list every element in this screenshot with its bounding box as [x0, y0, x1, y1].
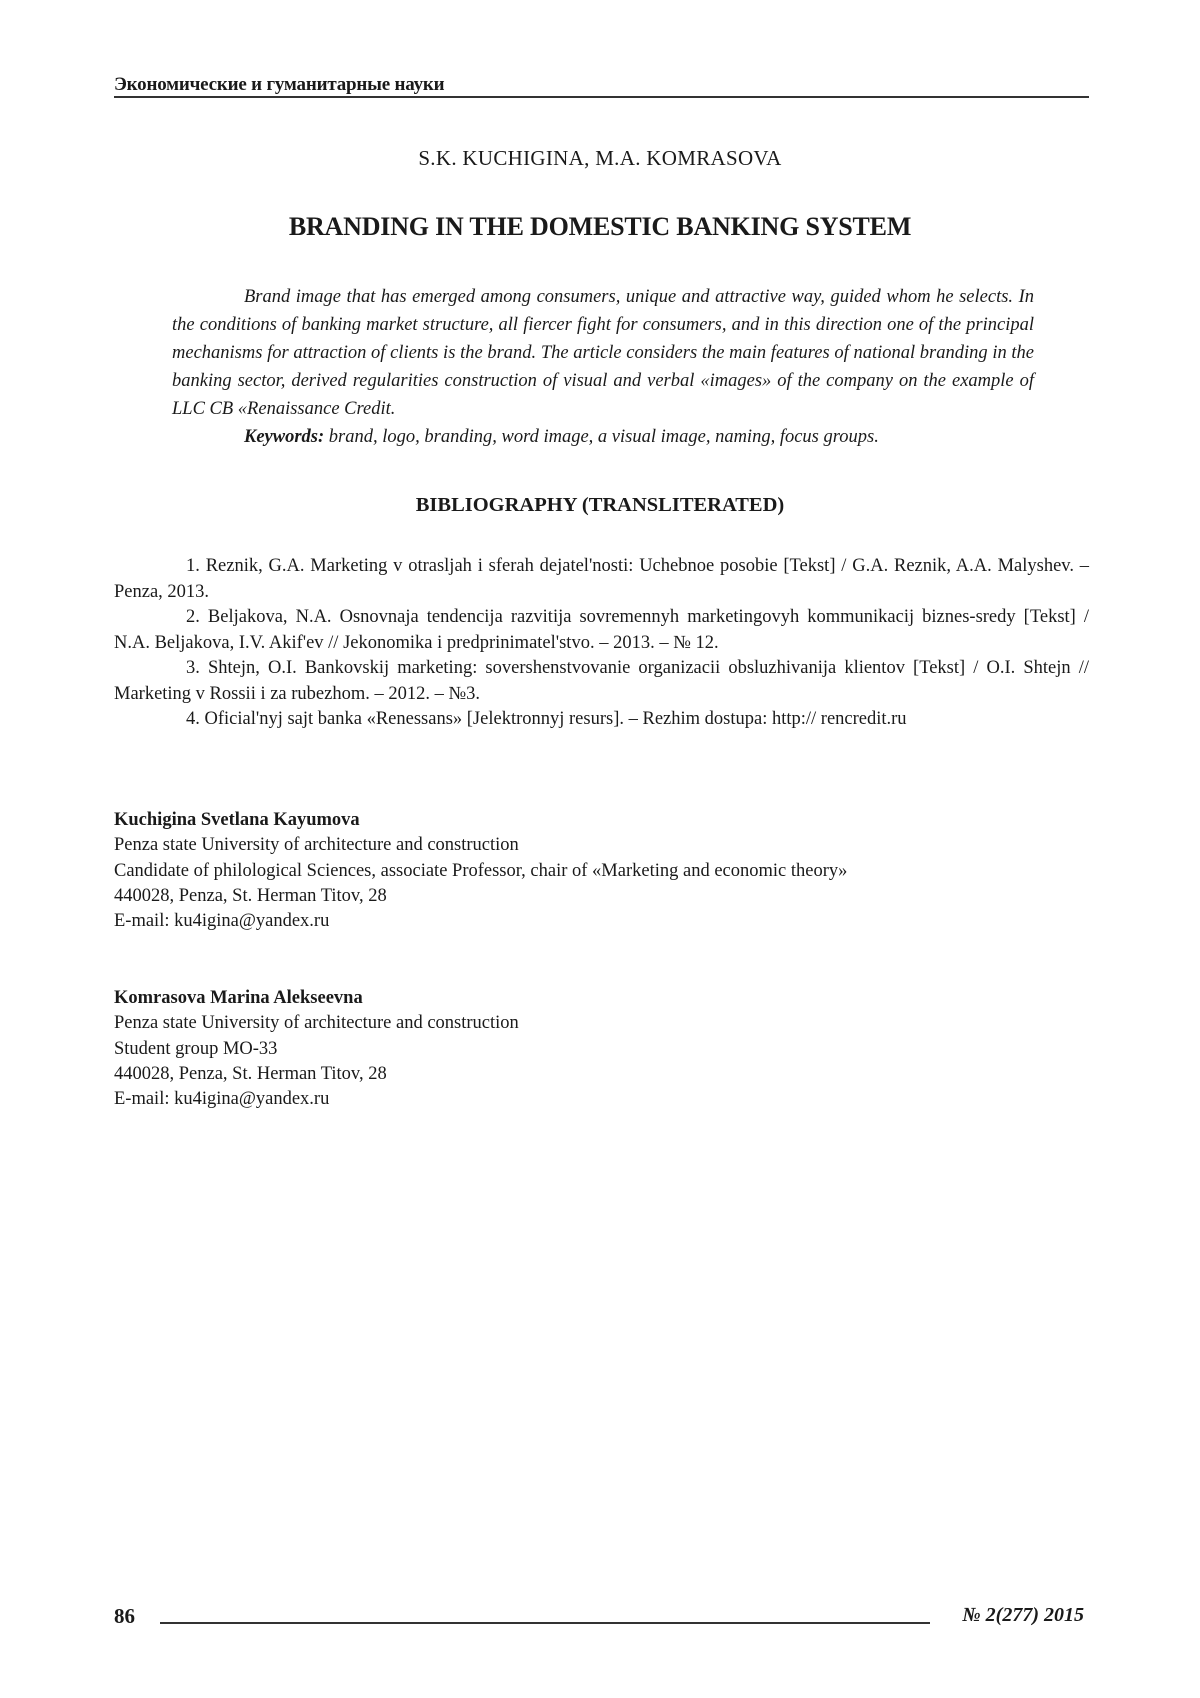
author-affiliation: Penza state University of architecture a… — [114, 833, 1089, 858]
header-rule — [114, 96, 1089, 98]
bibliography-item-text: Beljakova, N.A. Osnovnaja tendencija raz… — [114, 607, 1089, 653]
bibliography-item: 4. Oficial'nyj sajt banka «Renessans» [J… — [114, 707, 1089, 733]
page-number: 86 — [114, 1604, 135, 1629]
footer-rule — [160, 1622, 930, 1624]
page-footer: 86 № 2(277) 2015 — [114, 1604, 1084, 1634]
article-title: BRANDING IN THE DOMESTIC BANKING SYSTEM — [0, 212, 1200, 242]
running-head: Экономические и гуманитарные науки — [114, 74, 1089, 96]
journal-page: Экономические и гуманитарные науки S.K. … — [0, 0, 1200, 1698]
bibliography-list: 1. Reznik, G.A. Marketing v otrasljah i … — [114, 554, 1089, 733]
author-email: E-mail: ku4igina@yandex.ru — [114, 909, 1089, 934]
abstract-text: Brand image that has emerged among consu… — [172, 287, 1034, 419]
keywords-label: Keywords: — [244, 427, 324, 447]
bibliography-heading: BIBLIOGRAPHY (TRANSLITERATED) — [0, 494, 1200, 517]
author-info-komrasova: Komrasova Marina Alekseevna Penza state … — [114, 986, 1089, 1112]
issue-number: № 2(277) 2015 — [962, 1604, 1084, 1627]
keywords-text: brand, logo, branding, word image, a vis… — [329, 427, 879, 447]
author-address: 440028, Penza, St. Herman Titov, 28 — [114, 1062, 1089, 1087]
keywords: Keywords: brand, logo, branding, word im… — [172, 423, 1034, 451]
author-position: Candidate of philological Sciences, asso… — [114, 859, 1089, 884]
bibliography-item: 2. Beljakova, N.A. Osnovnaja tendencija … — [114, 605, 1089, 656]
author-info-kuchigina: Kuchigina Svetlana Kayumova Penza state … — [114, 808, 1089, 934]
bibliography-item-number: 2. — [114, 605, 200, 631]
bibliography-item-text: Shtejn, O.I. Bankovskij marketing: sover… — [114, 658, 1089, 704]
author-address: 440028, Penza, St. Herman Titov, 28 — [114, 884, 1089, 909]
bibliography-item: 1. Reznik, G.A. Marketing v otrasljah i … — [114, 554, 1089, 605]
author-affiliation: Penza state University of architecture a… — [114, 1011, 1089, 1036]
author-group: Student group MO-33 — [114, 1037, 1089, 1062]
bibliography-item: 3. Shtejn, O.I. Bankovskij marketing: so… — [114, 656, 1089, 707]
bibliography-item-number: 4. — [114, 707, 200, 733]
abstract: Brand image that has emerged among consu… — [172, 283, 1034, 423]
author-name: Komrasova Marina Alekseevna — [114, 986, 1089, 1011]
article-authors: S.K. KUCHIGINA, M.A. KOMRASOVA — [0, 146, 1200, 171]
author-name: Kuchigina Svetlana Kayumova — [114, 808, 1089, 833]
bibliography-item-text: Oficial'nyj sajt banka «Renessans» [Jele… — [205, 709, 907, 729]
bibliography-item-number: 1. — [114, 554, 200, 580]
bibliography-item-text: Reznik, G.A. Marketing v otrasljah i sfe… — [114, 556, 1089, 602]
author-email: E-mail: ku4igina@yandex.ru — [114, 1087, 1089, 1112]
bibliography-item-number: 3. — [114, 656, 200, 682]
